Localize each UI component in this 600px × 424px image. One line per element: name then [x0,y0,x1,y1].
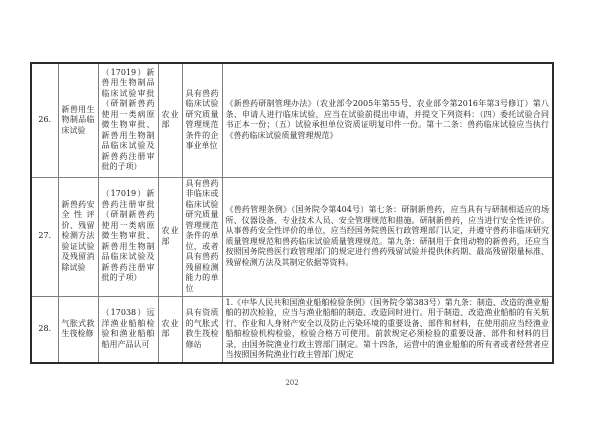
table-row: 27. 新兽药安全性评价、残留检测方法验证试验及残留消除试验 （17019）新兽… [31,177,553,296]
row-number: 26. [31,63,58,177]
project-name: 新兽药安全性评价、残留检测方法验证试验及残留消除试验 [58,177,98,296]
page-number: 202 [30,379,554,387]
legal-basis: 《兽药管理条例》（国务院令第404号）第七条：研制新兽药，应当具有与研制相适应的… [222,177,553,296]
department: 农业部 [158,177,182,296]
approval-item: （17038）远洋渔业船舶检验和渔业船舶船用产品认可 [98,296,158,363]
table-row: 26. 新兽用生物制品临床试验 （17019）新兽用生物制品临床试验审批（研制新… [31,63,553,177]
document-page: 26. 新兽用生物制品临床试验 （17019）新兽用生物制品临床试验审批（研制新… [0,0,600,424]
qualification: 具有兽药非临床或临床试验研究质量管理规范条件的单位，或者具有兽药残留检测能力的单… [182,177,222,296]
project-name: 气胀式救生筏检修 [58,296,98,363]
department: 农业部 [158,63,182,177]
legal-basis: 《新兽药研制管理办法》（农业部令2005年第55号、农业部令第2016年第3号修… [222,63,553,177]
row-number: 28. [31,296,58,363]
qualification: 具有资质的气胀式救生筏检修站 [182,296,222,363]
qualification: 具有兽药临床试验研究质量管理规范条件的企事业单位 [182,63,222,177]
approval-item: （17019）新兽用生物制品临床试验审批（研制新兽药使用一类病原微生物审批、新兽… [98,63,158,177]
row-number: 27. [31,177,58,296]
approval-items-table: 26. 新兽用生物制品临床试验 （17019）新兽用生物制品临床试验审批（研制新… [30,62,554,364]
department: 农业部 [158,296,182,363]
legal-basis: 1.《中华人民共和国渔业船舶检验条例》（国务院令第383号）第九条：制造、改造的… [222,296,553,363]
approval-item: （17019）新兽药注册审批（研制新兽药使用一类病原微生物审批、新兽用生物制品临… [98,177,158,296]
table-row: 28. 气胀式救生筏检修 （17038）远洋渔业船舶检验和渔业船舶船用产品认可 … [31,296,553,363]
project-name: 新兽用生物制品临床试验 [58,63,98,177]
